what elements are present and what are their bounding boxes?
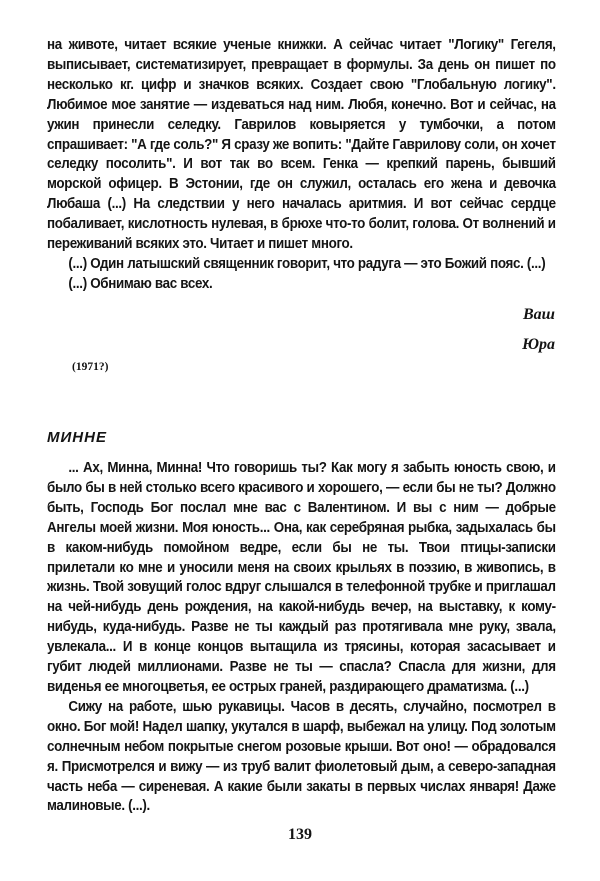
letter-paragraph: на животе, читает всякие ученые книжки. …: [47, 36, 556, 255]
section-heading: МИННЕ: [47, 429, 107, 446]
letter-date: (1971?): [72, 361, 108, 373]
letter-paragraph: (...) Один латышский священник говорит, …: [47, 255, 556, 275]
signature-line-2: Юра: [522, 336, 555, 354]
letter-paragraph: (...) Обнимаю вас всех.: [47, 275, 556, 295]
signature-line-1: Ваш: [523, 306, 555, 324]
section-paragraph: ... Ах, Минна, Минна! Что говоришь ты? К…: [47, 459, 556, 698]
letter-continuation: на животе, читает всякие ученые книжки. …: [47, 36, 556, 295]
page-number: 139: [0, 826, 600, 844]
section-paragraph: Сижу на работе, шью рукавицы. Часов в де…: [47, 698, 556, 817]
section-body: ... Ах, Минна, Минна! Что говоришь ты? К…: [47, 459, 556, 817]
